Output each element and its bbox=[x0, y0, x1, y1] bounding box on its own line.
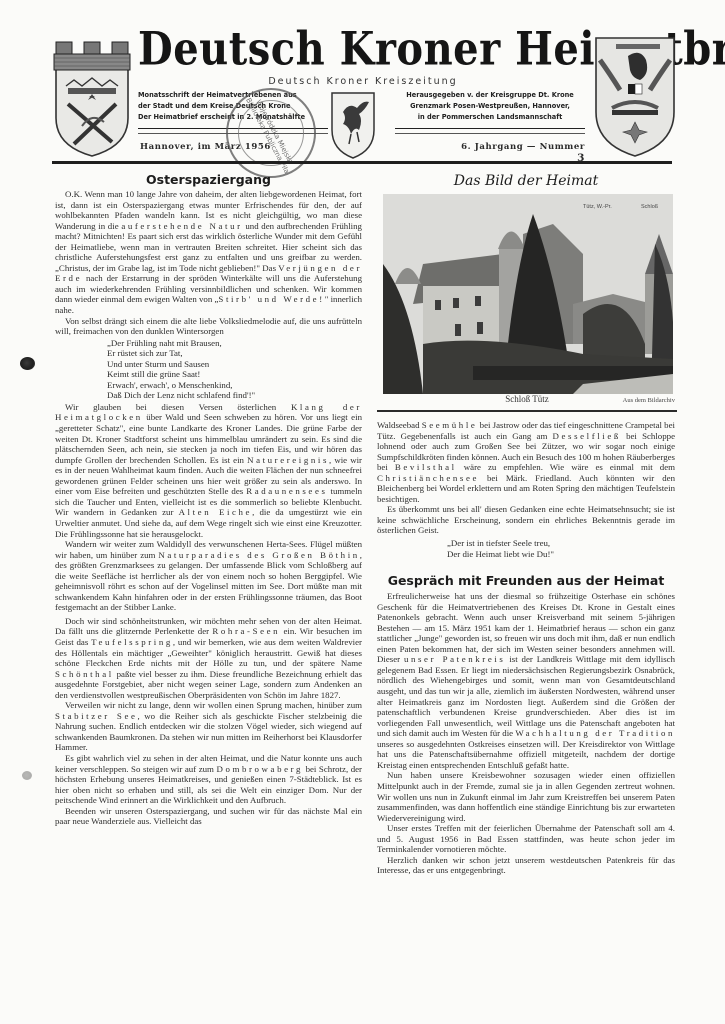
photo-label: Schloß bbox=[641, 202, 658, 213]
article-paragraph: Es gibt wahrlich viel zu sehen in der al… bbox=[55, 753, 362, 806]
feature-headline: Das Bild der Heimat bbox=[377, 172, 675, 190]
article-paragraph: Von selbst drängt sich einem die alte li… bbox=[55, 316, 362, 337]
photo-feature: Tütz, W.-Pr. Schloß Schloß Tütz Aus dem … bbox=[377, 194, 677, 408]
castle-photo: Tütz, W.-Pr. Schloß bbox=[383, 194, 673, 394]
article-paragraph: Es überkommt uns bei all' diesen Gedanke… bbox=[377, 504, 675, 536]
article-headline: Gespräch mit Freunden aus der Heimat bbox=[377, 573, 675, 589]
poem-quote: „Der Frühling naht mit Brausen, Er rüste… bbox=[55, 338, 362, 401]
divider bbox=[395, 128, 585, 134]
divider bbox=[377, 410, 677, 412]
article-paragraph: Herzlich danken wir schon jetzt unserem … bbox=[377, 855, 675, 876]
masthead-divider bbox=[52, 161, 672, 164]
newspaper-subtitle: Deutsch Kroner Kreiszeitung bbox=[238, 76, 488, 87]
newspaper-page: Deutsch Kroner Heimatbrief Deutsch Krone… bbox=[0, 0, 725, 1024]
article-paragraph: O.K. Wenn man 10 lange Jahre von daheim,… bbox=[55, 189, 362, 316]
article-paragraph: Wir glauben bei diesen Versen österliche… bbox=[55, 402, 362, 539]
photo-label: Tütz, W.-Pr. bbox=[583, 202, 612, 213]
town-crest-icon bbox=[52, 34, 132, 158]
article-paragraph: Erfreulicherweise hat uns der diesmal so… bbox=[377, 591, 675, 770]
article-paragraph: Waldseebad Seemühle bei Jastrow oder das… bbox=[377, 420, 675, 504]
punch-hole bbox=[20, 357, 35, 370]
right-column: Das Bild der Heimat bbox=[377, 172, 675, 876]
article-paragraph: Wandern wir weiter zum Waldidyll des ver… bbox=[55, 539, 362, 613]
newspaper-title: Deutsch Kroner Heimatbrief bbox=[138, 22, 590, 76]
left-column: Osterspaziergang O.K. Wenn man 10 lange … bbox=[55, 172, 362, 827]
article-paragraph: Doch wir sind schönheitstrunken, wir möc… bbox=[55, 616, 362, 700]
article-headline: Osterspaziergang bbox=[55, 172, 362, 188]
article-paragraph: Nun haben unsere Kreisbewohner sozusagen… bbox=[377, 770, 675, 823]
article-paragraph: Unser erstes Treffen mit der feierlichen… bbox=[377, 823, 675, 855]
photo-credit: Aus dem Bildarchiv bbox=[623, 396, 675, 407]
poem-quote: „Der ist in tiefster Seele treu, Der die… bbox=[377, 538, 675, 559]
griffin-shield-icon bbox=[329, 90, 377, 160]
grenzmark-crest-icon bbox=[592, 34, 678, 158]
publisher-info: Herausgegeben v. der Kreisgruppe Dt. Kro… bbox=[395, 90, 585, 123]
article-paragraph: Verweilen wir nicht zu lange, denn wir w… bbox=[55, 700, 362, 753]
punch-hole bbox=[22, 771, 32, 780]
library-stamp-icon: Wojewódzka Miejska Biblioteka Publiczna … bbox=[226, 88, 316, 178]
article-paragraph: Beenden wir unseren Osterspaziergang, un… bbox=[55, 806, 362, 827]
